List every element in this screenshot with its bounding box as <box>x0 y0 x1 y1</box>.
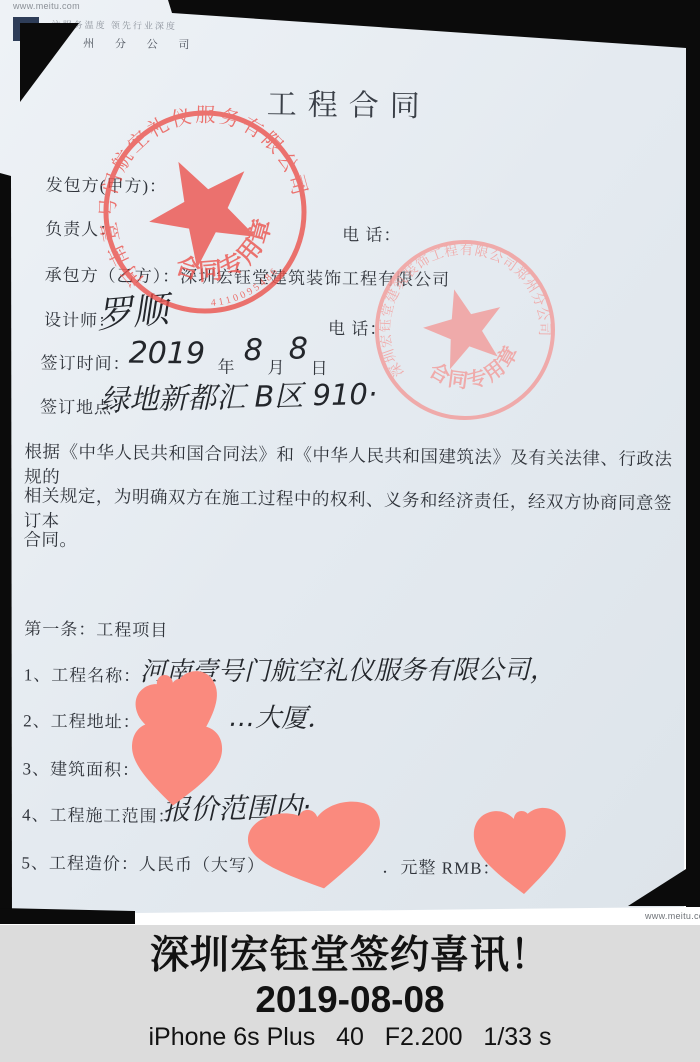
backdrop-left-strip <box>0 173 12 921</box>
meitu-collage-page: 注服务温度 领先行业深度 郑 州 分 公 司 工程合同 发包方(甲方)： 负责人… <box>0 0 700 1062</box>
meitu-watermark-bottom: www.meitu.com <box>645 911 700 921</box>
caption-date: 2019-08-08 <box>255 979 444 1021</box>
backdrop-bottom-left <box>0 908 135 924</box>
contract-photo: 注服务温度 领先行业深度 郑 州 分 公 司 工程合同 发包方(甲方)： 负责人… <box>0 0 700 925</box>
corner-fold-bottom-right <box>628 869 686 906</box>
corner-fold-top-left <box>20 23 79 102</box>
caption-strip: 深圳宏钰堂签约喜讯！ 2019-08-08 iPhone 6s Plus 40 … <box>0 925 700 1062</box>
meitu-watermark-top: www.meitu.com <box>13 1 80 11</box>
backdrop-top-right <box>168 0 700 907</box>
photo-backdrop-shapes <box>0 0 700 925</box>
caption-exif: iPhone 6s Plus 40 F2.200 1/33 s <box>148 1021 551 1053</box>
caption-headline: 深圳宏钰堂签约喜讯！ <box>150 933 550 979</box>
